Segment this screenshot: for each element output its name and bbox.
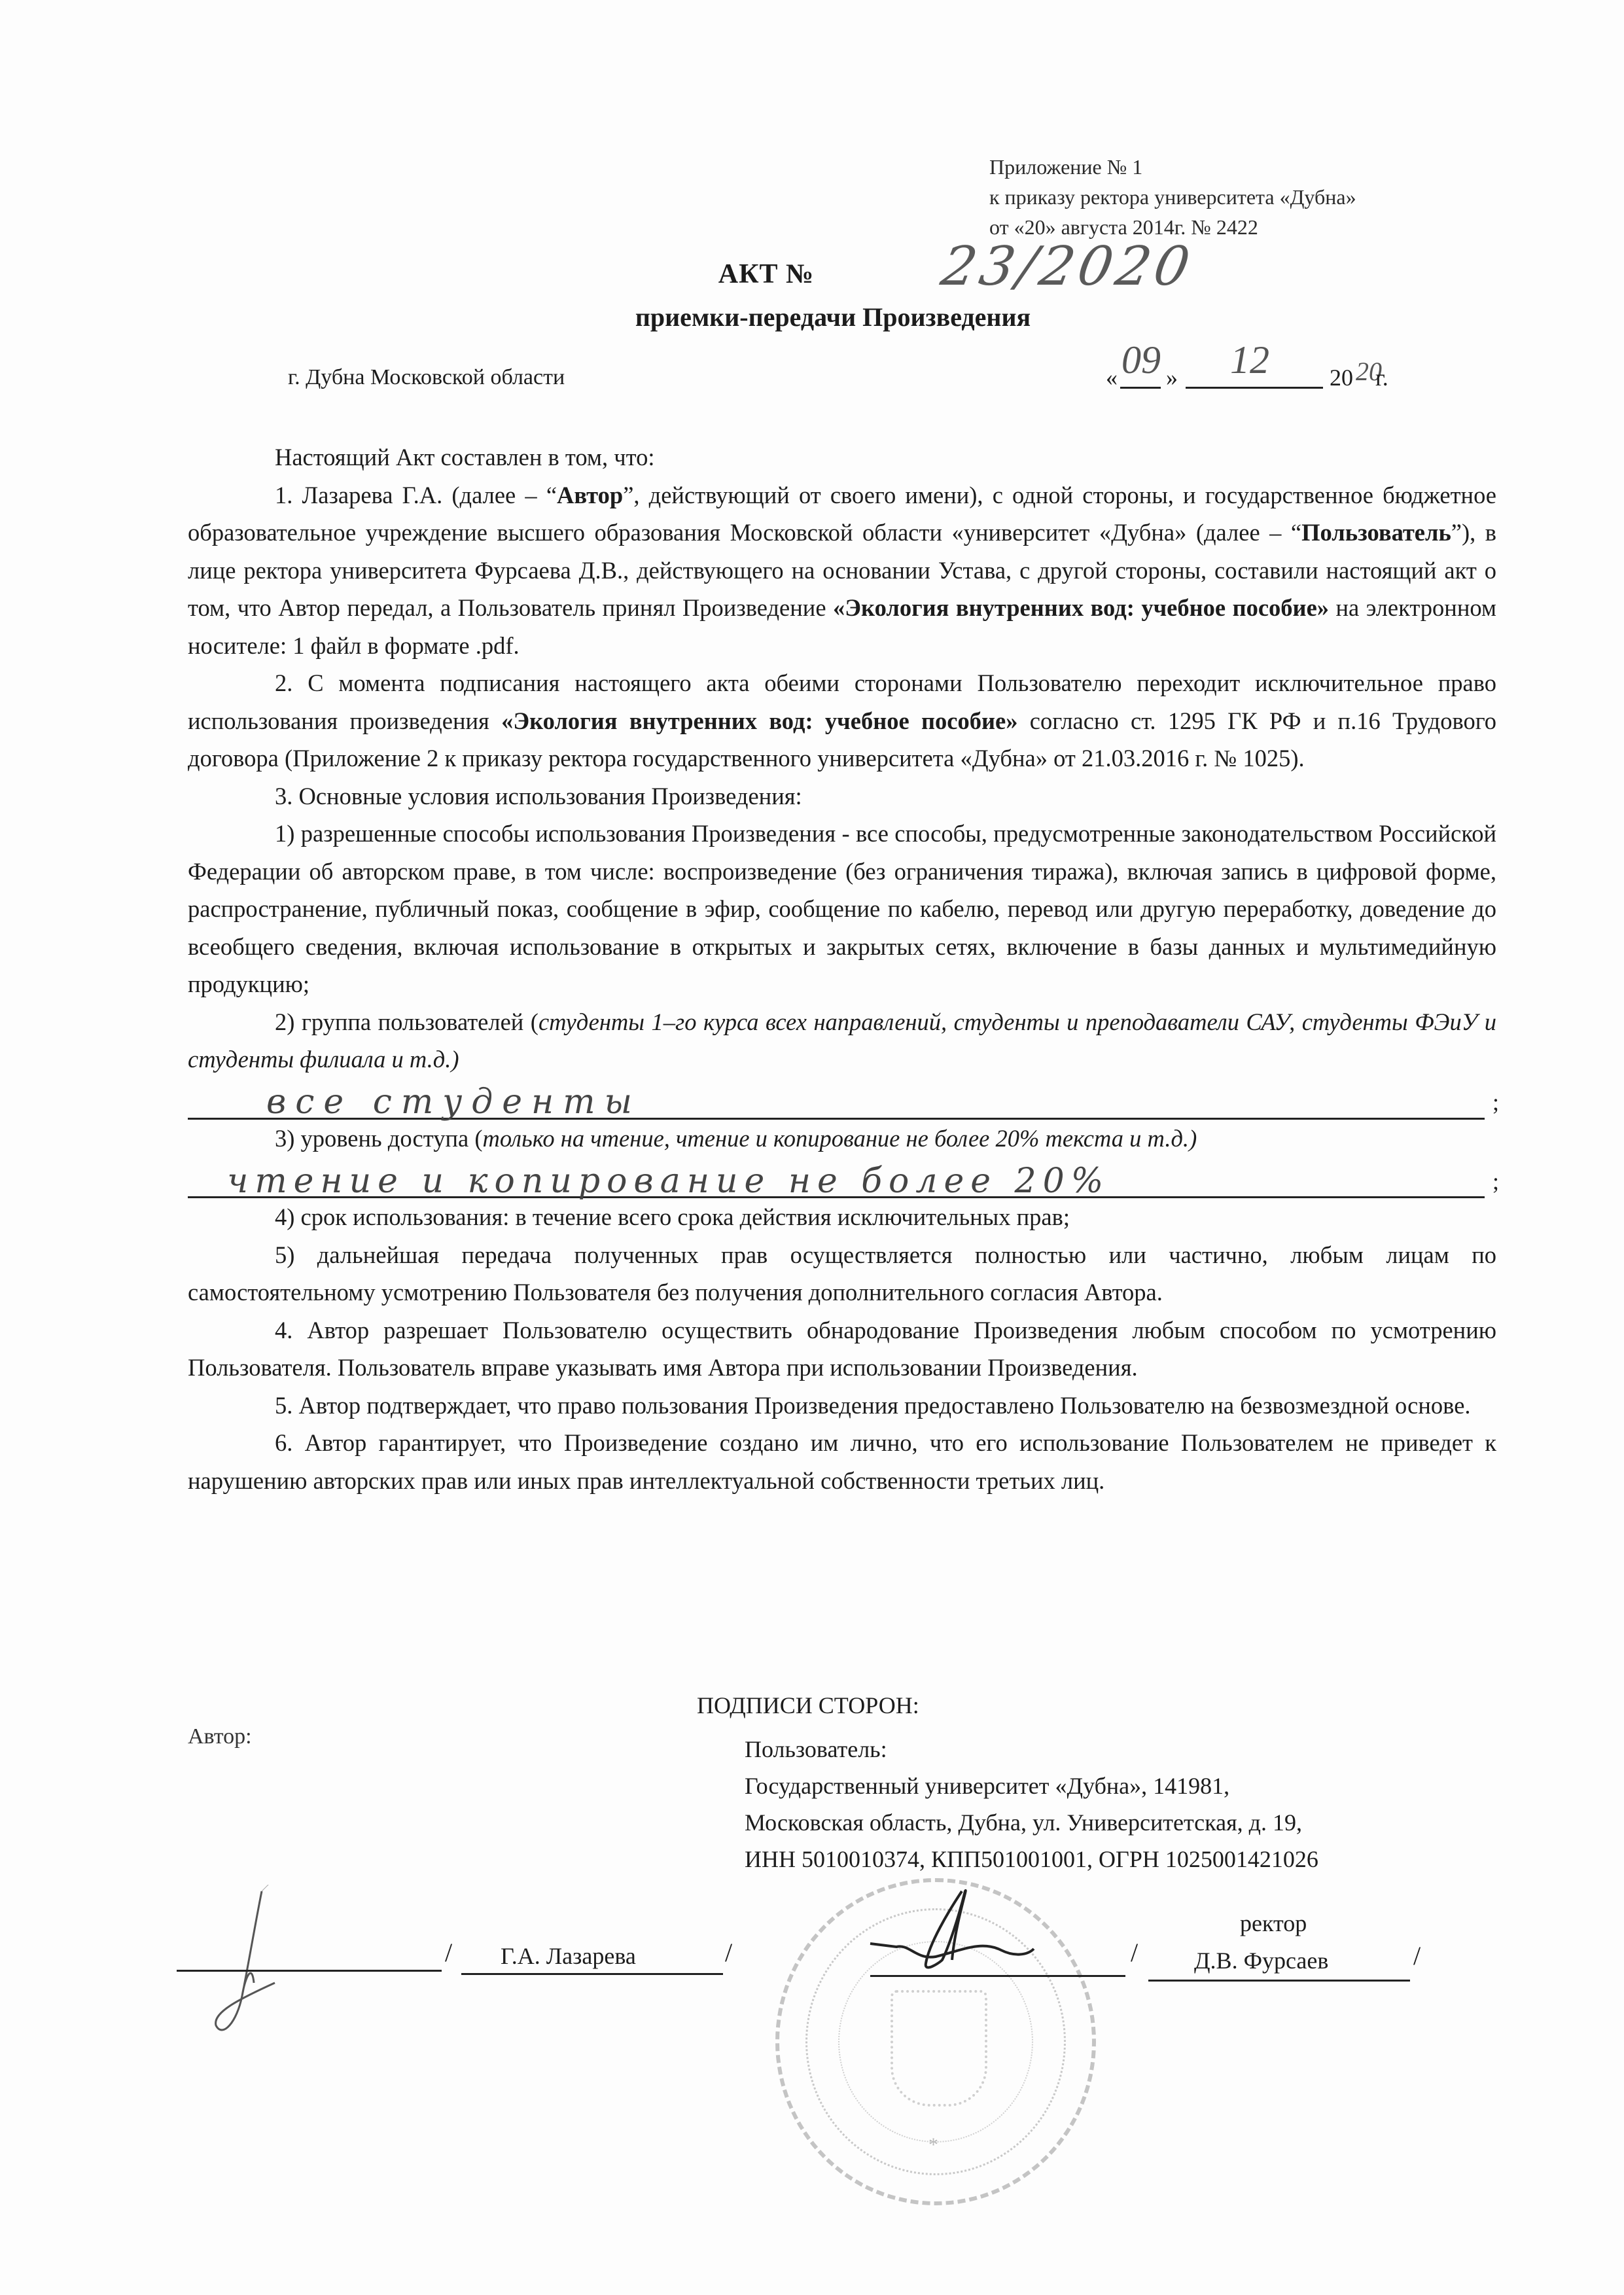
appendix-line-2: к приказу ректора университета «Дубна» — [989, 182, 1356, 212]
user-ids: ИНН 5010010374, КПП501001001, ОГРН 10250… — [745, 1841, 1318, 1877]
month-blank — [1186, 387, 1323, 389]
year-prefix: 20 — [1330, 364, 1353, 391]
user-org: Государственный университет «Дубна», 141… — [745, 1768, 1318, 1804]
intro: Настоящий Акт составлен в том, что: — [188, 438, 1496, 476]
author-term: Автор — [557, 482, 623, 508]
appendix-reference: Приложение № 1 к приказу ректора универс… — [989, 152, 1356, 242]
rector-name: Д.В. Фурсаев — [1194, 1947, 1328, 1974]
condition-1: 1) разрешенные способы использования Про… — [188, 815, 1496, 1003]
condition-3: 3) уровень доступа (только на чтение, чт… — [188, 1120, 1496, 1158]
author-signature-line — [177, 1970, 442, 1972]
work-title: «Экология внутренних вод: учебное пособи… — [501, 707, 1017, 734]
rector-signature-line — [870, 1975, 1125, 1977]
condition-3-label: 3) уровень доступа ( — [275, 1125, 482, 1152]
condition-2-label: 2) группа пользователей ( — [275, 1008, 538, 1035]
clause-2: 2. С момента подписания настоящего акта … — [188, 664, 1496, 777]
day-handwritten: 09 — [1121, 338, 1161, 383]
signatures-header: ПОДПИСИ СТОРОН: — [697, 1692, 919, 1719]
user-label: Пользователь: — [745, 1731, 1318, 1768]
clause-1: 1. Лазарева Г.А. (далее – “Автор”, дейст… — [188, 476, 1496, 665]
slash: / — [1413, 1940, 1421, 1971]
rector-title: ректор — [1240, 1910, 1307, 1937]
rector-name-line — [1148, 1980, 1410, 1982]
document-page: Приложение № 1 к приказу ректора универс… — [0, 0, 1624, 2295]
author-name-line — [461, 1973, 723, 1975]
act-subtitle: приемки-передачи Произведения — [21, 302, 1624, 332]
act-number-handwritten: 23/2020 — [937, 236, 1198, 298]
act-body: Настоящий Акт составлен в том, что: 1. Л… — [188, 438, 1496, 1499]
slash: / — [445, 1937, 452, 1968]
author-name: Г.А. Лазарева — [501, 1942, 636, 1970]
rector-signature-icon — [864, 1885, 1073, 1983]
user-address: Московская область, Дубна, ул. Университ… — [745, 1804, 1318, 1841]
user-group-field: все студенты ; — [188, 1078, 1485, 1120]
act-label: АКТ № — [0, 258, 1578, 290]
clause-1-text-a: 1. Лазарева Г.А. (далее – “ — [275, 482, 557, 508]
quote-open: « — [1106, 364, 1118, 391]
city: г. Дубна Московской области — [288, 365, 565, 390]
work-title: «Экология внутренних вод: учебное пособи… — [833, 594, 1329, 621]
author-signature-icon — [177, 1885, 308, 2048]
condition-2: 2) группа пользователей (студенты 1–го к… — [188, 1003, 1496, 1078]
slash: / — [725, 1937, 732, 1968]
author-label: Автор: — [188, 1724, 252, 1749]
coat-of-arms-icon — [891, 1990, 987, 2107]
month-handwritten: 12 — [1230, 338, 1269, 383]
user-details: Пользователь: Государственный университе… — [745, 1731, 1318, 1877]
condition-2-close: ) — [451, 1046, 459, 1073]
clause-4: 4. Автор разрешает Пользователю осуществ… — [188, 1311, 1496, 1387]
quote-close: » — [1166, 364, 1178, 391]
semicolon: ; — [1492, 1084, 1499, 1122]
act-date: « 09 » 12 20 20 г. — [1106, 340, 1433, 399]
year-suffix: г. — [1375, 364, 1388, 391]
condition-5: 5) дальнейшая передача полученных прав о… — [188, 1236, 1496, 1311]
day-blank — [1120, 387, 1161, 389]
user-term: Пользователь — [1301, 519, 1451, 546]
condition-3-hint: только на чтение, чтение и копирование н… — [482, 1125, 1189, 1152]
access-level-field: чтение и копирование не более 20% ; — [188, 1157, 1485, 1198]
slash: / — [1131, 1937, 1138, 1968]
condition-3-close: ) — [1189, 1125, 1197, 1152]
clause-6: 6. Автор гарантирует, что Произведение с… — [188, 1424, 1496, 1499]
access-level-handwritten: чтение и копирование не более 20% — [227, 1163, 1110, 1201]
stamp-star: * — [928, 2134, 938, 2156]
clause-5: 5. Автор подтверждает, что право пользов… — [188, 1387, 1496, 1425]
document-title: АКТ № приемки-передачи Произведения — [0, 258, 1624, 332]
user-group-handwritten: все студенты — [266, 1084, 641, 1122]
condition-4: 4) срок использования: в течение всего с… — [188, 1198, 1496, 1236]
appendix-line-1: Приложение № 1 — [989, 152, 1356, 182]
clause-3: 3. Основные условия использования Произв… — [188, 777, 1496, 815]
semicolon: ; — [1492, 1163, 1499, 1201]
